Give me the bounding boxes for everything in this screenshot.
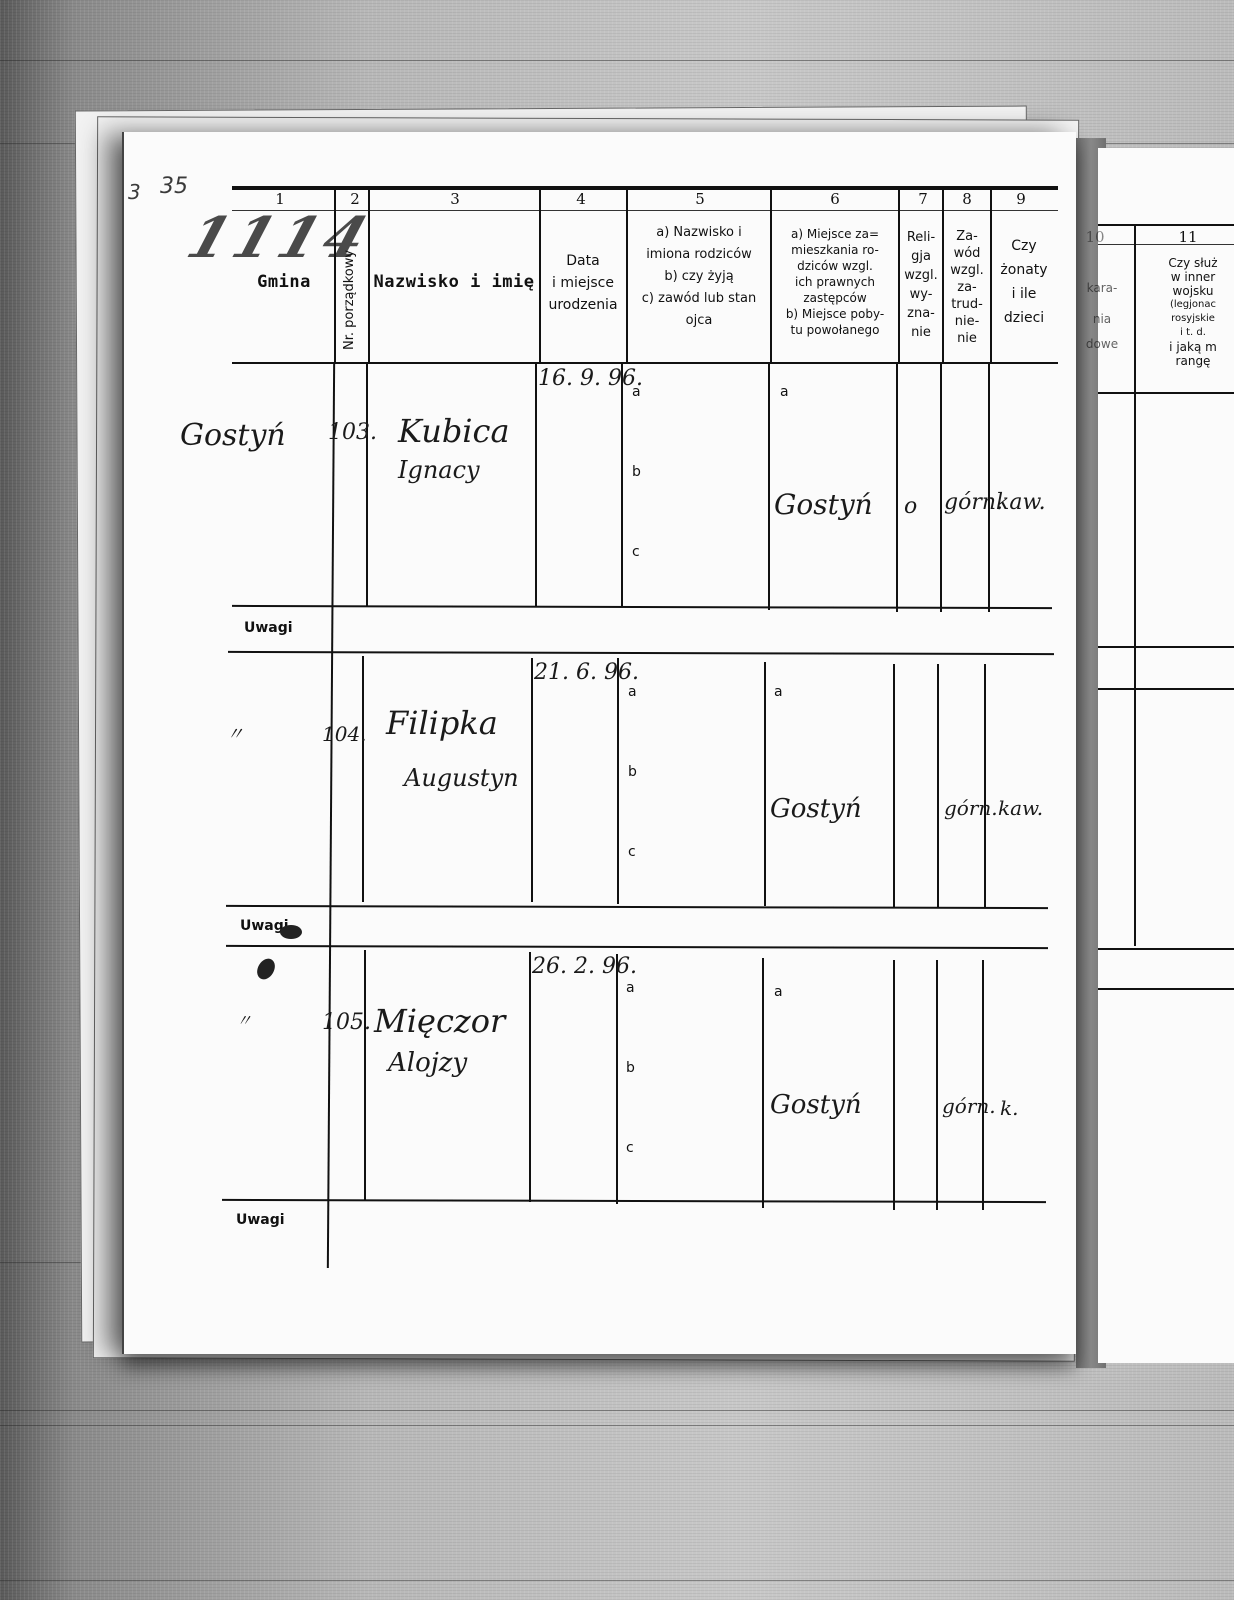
entry-given-name: Augustyn — [404, 764, 519, 792]
rule — [1098, 948, 1234, 950]
column-divider — [531, 658, 533, 902]
column-divider — [334, 190, 336, 362]
entry-occupation: górn. — [944, 490, 1003, 515]
entry-given-name: Alojzy — [388, 1048, 467, 1078]
entry-residence: Gostyń — [770, 794, 862, 824]
column-divider — [535, 364, 537, 606]
entry-occupation: górn. — [942, 1094, 996, 1118]
column-divider — [1134, 226, 1136, 946]
scan-line — [0, 1580, 1234, 1581]
column-divider — [762, 958, 764, 1208]
entry-marital: k. — [1000, 1096, 1018, 1120]
rule — [1098, 988, 1234, 990]
sub-a: a — [632, 384, 641, 400]
column-divider — [982, 960, 984, 1210]
scan-line — [0, 1425, 1234, 1426]
sub-a: a — [628, 684, 637, 700]
sub-b: b — [626, 1060, 635, 1076]
entry-occupation: górn. — [944, 796, 998, 820]
column-divider — [896, 364, 898, 612]
sub-a: a — [780, 384, 789, 400]
column-header-residence: a) Miejsce za= mieszkania ro- dziców wzg… — [771, 226, 899, 338]
rule — [1098, 646, 1234, 648]
column-divider — [940, 364, 942, 612]
column-number-7: 7 — [908, 190, 938, 208]
rule — [1098, 392, 1234, 394]
entry-birth-date: 26. 2. 96. — [532, 954, 637, 979]
column-divider — [617, 658, 619, 904]
pencil-mark: 3 — [128, 180, 141, 204]
column-number-4: 4 — [566, 190, 596, 208]
entry-surname: Mięczor — [374, 1002, 505, 1040]
column-number-2: 2 — [340, 190, 370, 208]
column-number-11: 11 — [1158, 228, 1218, 246]
column-divider — [984, 664, 986, 908]
header-number-rule — [232, 210, 1058, 211]
sub-a: a — [774, 984, 783, 1000]
entry-gmina: Gostyń — [180, 418, 286, 453]
column-number-8: 8 — [952, 190, 982, 208]
column-divider — [366, 364, 368, 606]
column-11-header: Czy służ w inner wojsku (legjonac rosyjs… — [1138, 256, 1234, 368]
column-header-birth: Data i miejsce urodzenia — [540, 250, 626, 316]
entry-religion: o — [904, 494, 917, 519]
entry-number: 103. — [328, 420, 377, 445]
entry-number: 104. — [322, 722, 367, 746]
column-divider — [988, 364, 990, 612]
column-header-nr: Nr. porządkowy — [342, 250, 357, 350]
entry-given-name: Ignacy — [398, 456, 480, 484]
column-number-6: 6 — [820, 190, 850, 208]
rule — [1098, 224, 1234, 226]
scan-line — [0, 1410, 1234, 1411]
column-divider — [936, 960, 938, 1210]
column-number-1: 1 — [260, 190, 300, 208]
column-divider — [764, 662, 766, 906]
remarks-label: Uwagi — [236, 1212, 285, 1228]
entry-marital: kaw. — [996, 490, 1046, 515]
entry-gmina: 〃 — [226, 720, 244, 746]
entry-residence: Gostyń — [774, 488, 873, 521]
column-number-9: 9 — [1006, 190, 1036, 208]
entry-number: 105. — [322, 1010, 371, 1035]
ink-blot — [280, 925, 302, 939]
sub-a: a — [626, 980, 635, 996]
column-header-occupation: Za- wód wzgl. za- trud- nie- nie — [943, 228, 991, 347]
entry-marital: kaw. — [998, 796, 1043, 820]
column-divider — [362, 656, 364, 902]
column-header-parents: a) Nazwisko i imiona rodziców b) czy żyj… — [627, 222, 771, 332]
ink-page-number: 35 — [160, 174, 188, 199]
column-header-gmina: Gmina — [236, 274, 332, 291]
header-bottom-rule — [232, 362, 1058, 364]
column-number-5: 5 — [685, 190, 715, 208]
column-divider — [529, 952, 531, 1202]
sub-c: c — [626, 1140, 634, 1156]
entry-residence: Gostyń — [770, 1090, 862, 1120]
entry-gmina: 〃 — [236, 1008, 252, 1031]
column-10-header-partial: kara- nia dowe — [1082, 280, 1122, 353]
column-divider — [893, 664, 895, 908]
remarks-label: Uwagi — [244, 620, 293, 636]
sub-b: b — [632, 464, 641, 480]
column-number-3: 3 — [440, 190, 470, 208]
entry-birth-date: 21. 6. 96. — [534, 660, 639, 685]
column-divider — [768, 364, 770, 610]
column-divider — [621, 364, 623, 606]
sub-a: a — [774, 684, 783, 700]
column-header-marital: Czy żonaty i ile dzieci — [991, 234, 1057, 330]
column-divider — [937, 664, 939, 908]
column-divider — [616, 954, 618, 1204]
scan-line — [0, 60, 1234, 61]
sub-c: c — [632, 544, 640, 560]
column-divider — [364, 950, 366, 1200]
rule — [1098, 688, 1234, 690]
sub-c: c — [628, 844, 636, 860]
entry-birth-date: 16. 9. 96. — [538, 366, 643, 391]
sub-b: b — [628, 764, 637, 780]
column-header-religion: Reli- gja wzgl. wy- zna- nie — [899, 228, 943, 342]
column-number-10: 10 — [1080, 228, 1110, 246]
column-header-name: Nazwisko i imię — [370, 274, 538, 291]
entry-surname: Kubica — [398, 412, 510, 450]
column-divider — [893, 960, 895, 1210]
entry-surname: Filipka — [386, 704, 498, 742]
